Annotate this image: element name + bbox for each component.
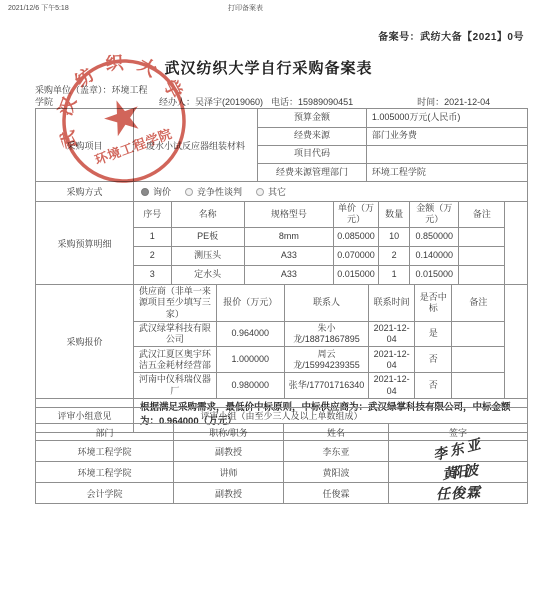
table-cell: 测压头 (171, 246, 244, 265)
spacer-cell (505, 246, 527, 265)
quote-price: 0.964000 (216, 321, 284, 347)
row-label-method: 采购方式 (36, 182, 134, 202)
panel-post: 副教授 (174, 483, 284, 504)
contact-date: 2021-12-04 (369, 373, 415, 398)
panel-name: 李东亚 (284, 441, 389, 462)
table-cell: 1 (379, 265, 410, 284)
table-cell: 8mm (244, 227, 333, 246)
document-title: 武汉纺织大学自行采购备案表 (0, 57, 537, 78)
review-panel-table: 评审小组（由至少三人及以上单数组成） 部门 职称/职务 姓名 签字 环境工程学院… (35, 407, 528, 504)
budget-amount: 1.005000万元(人民币) (366, 109, 527, 127)
column-header: 联系人 (284, 285, 368, 321)
supplier-name: 武汉绿掌科技有限公司 (134, 321, 216, 347)
contact-person: 朱小龙/18871867895 (284, 321, 368, 347)
signature: 黄阳波 (440, 460, 475, 484)
project-detail-table: 预算金额 1.005000万元(人民币) 经费来源 部门业务费 项目代码 经费来… (258, 109, 527, 181)
table-cell (452, 321, 505, 347)
table-cell: A33 (244, 246, 333, 265)
table-cell: 3 (134, 265, 171, 284)
column-header: 供应商（非单一来源项目至少填写三家） (134, 285, 216, 321)
panel-post: 副教授 (174, 441, 284, 462)
procurement-form-table: 采购项目 废水小试反应器组装材料 预算金额 1.005000万元(人民币) 经费… (35, 108, 528, 433)
panel-dept: 会计学院 (36, 483, 174, 504)
filing-number: 备案号：武纺大备【2021】0号 (378, 28, 524, 43)
table-cell: 10 (379, 227, 410, 246)
radio-competitive-negotiation-label: 竞争性谈判 (197, 185, 242, 198)
quote-price: 1.000000 (216, 347, 284, 373)
project-code (366, 145, 527, 163)
column-header: 联系时间 (369, 285, 415, 321)
contact-date: 2021-12-04 (369, 347, 415, 373)
column-header: 金额（万元） (410, 202, 459, 227)
detail-label: 经费来源管理部门 (258, 163, 366, 181)
column-header: 姓名 (284, 424, 389, 441)
column-header: 部门 (36, 424, 174, 441)
supplier-quote-table: 供应商（非单一来源项目至少填写三家） 报价（万元） 联系人 联系时间 是否中标 … (134, 285, 527, 398)
spacer-cell (505, 373, 527, 398)
table-cell: PE板 (171, 227, 244, 246)
agent-name: 经办人：吴泽宇(2019060) (159, 96, 263, 108)
radio-other-label: 其它 (268, 185, 286, 198)
contact-person: 张华/17701716340 (284, 373, 368, 398)
radio-competitive-negotiation[interactable] (185, 188, 193, 196)
signature: 任俊霖 (435, 482, 481, 504)
supplier-name: 武汉江夏区奥宇环洁五金耗材经营部 (134, 347, 216, 373)
phone-number: 电话：15989090451 (271, 96, 353, 108)
row-label-quotes: 采购报价 (36, 285, 134, 399)
budget-detail-table: 序号 名称 规格型号 单价（万元） 数量 金额（万元） 备注 1 (134, 202, 527, 284)
column-header: 备注 (459, 202, 505, 227)
table-cell (459, 246, 505, 265)
supplier-name: 河南中仪科瑞仪器厂 (134, 373, 216, 398)
column-header: 职称/职务 (174, 424, 284, 441)
table-cell: 2 (134, 246, 171, 265)
column-header: 备注 (452, 285, 505, 321)
spacer-cell (505, 265, 527, 284)
table-cell: 0.850000 (410, 227, 459, 246)
review-panel-title: 评审小组（由至少三人及以上单数组成） (36, 408, 528, 424)
info-line: 采购单位（盖章）：环境工程学院 经办人：吴泽宇(2019060) 电话：1598… (35, 84, 529, 108)
print-timestamp: 2021/12/6 下午5:18 (8, 3, 69, 13)
spacer-cell (505, 321, 527, 347)
project-name: 废水小试反应器组装材料 (134, 109, 258, 182)
panel-post: 讲师 (174, 462, 284, 483)
spacer-cell (505, 347, 527, 373)
column-header: 数量 (379, 202, 410, 227)
spacer-cell (505, 227, 527, 246)
funding-source: 部门业务费 (366, 127, 527, 145)
table-cell: 0.015000 (410, 265, 459, 284)
purchasing-unit: 采购单位（盖章）：环境工程学院 (35, 84, 153, 108)
awarded-flag: 是 (415, 321, 452, 347)
column-header: 规格型号 (244, 202, 333, 227)
radio-inquiry[interactable] (141, 188, 149, 196)
contact-date: 2021-12-04 (369, 321, 415, 347)
detail-label: 项目代码 (258, 145, 366, 163)
table-cell (459, 265, 505, 284)
table-cell: A33 (244, 265, 333, 284)
method-radio-group: 询价 竞争性谈判 其它 (141, 185, 527, 198)
print-page-title: 打印备案表 (228, 3, 263, 13)
column-header: 是否中标 (415, 285, 452, 321)
column-header: 序号 (134, 202, 171, 227)
table-cell (459, 227, 505, 246)
quote-price: 0.980000 (216, 373, 284, 398)
table-cell: 0.140000 (410, 246, 459, 265)
table-cell: 0.015000 (333, 265, 378, 284)
detail-label: 预算金额 (258, 109, 366, 127)
column-header: 名称 (171, 202, 244, 227)
contact-person: 周云龙/15994239355 (284, 347, 368, 373)
table-cell: 1 (134, 227, 171, 246)
awarded-flag: 否 (415, 373, 452, 398)
panel-name: 任俊霖 (284, 483, 389, 504)
filing-date: 时间：2021-12-04 (417, 96, 490, 108)
panel-name: 黄阳波 (284, 462, 389, 483)
table-cell (452, 373, 505, 398)
radio-other[interactable] (256, 188, 264, 196)
print-preview-page: 2021/12/6 下午5:18 打印备案表 备案号：武纺大备【2021】0号 … (0, 0, 537, 604)
panel-dept: 环境工程学院 (36, 462, 174, 483)
row-label-project: 采购项目 (36, 109, 134, 182)
table-cell: 0.085000 (333, 227, 378, 246)
spacer-cell (505, 285, 527, 321)
detail-label: 经费来源 (258, 127, 366, 145)
table-cell: 定水头 (171, 265, 244, 284)
radio-inquiry-label: 询价 (153, 185, 171, 198)
spacer-cell (505, 202, 527, 227)
table-cell (452, 347, 505, 373)
table-cell: 2 (379, 246, 410, 265)
funding-dept: 环境工程学院 (366, 163, 527, 181)
row-label-budget-detail: 采购预算明细 (36, 202, 134, 285)
awarded-flag: 否 (415, 347, 452, 373)
column-header: 单价（万元） (333, 202, 378, 227)
column-header: 报价（万元） (216, 285, 284, 321)
panel-dept: 环境工程学院 (36, 441, 174, 462)
table-cell: 0.070000 (333, 246, 378, 265)
